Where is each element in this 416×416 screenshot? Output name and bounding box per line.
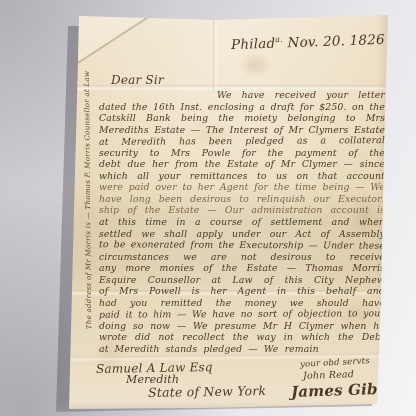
photo-background: Philada. Nov. 20. 1826 Dear Sir We have … — [0, 0, 416, 416]
handwritten-line: which all your remittances to us on that… — [99, 171, 385, 183]
handwritten-line: wrote did not recollect the way in which… — [99, 332, 385, 344]
handwritten-line: dated the 16th Inst. enclosing a draft f… — [99, 102, 385, 114]
dateline-place: Philad — [231, 36, 276, 54]
handwritten-line: paid it to him — We have no sort of obje… — [99, 309, 385, 322]
handwritten-line: any more monies of the Estate — Thomas M… — [99, 263, 385, 275]
marginal-note: The address of Mr Morris is — Thomas P. … — [81, 55, 96, 345]
handwritten-line: at Meredith has been pledged as a collat… — [99, 135, 385, 148]
handwritten-line: Esquire Counsellor at Law of this City N… — [99, 275, 385, 287]
dateline: Philada. Nov. 20. 1826 — [231, 31, 385, 53]
handwritten-line: security to Mrs Powle for the payment of… — [99, 148, 385, 160]
handwritten-line: settled we shall apply under our Act of … — [99, 229, 385, 241]
handwritten-line: doing so now — We presume Mr H Clymer wh… — [99, 321, 385, 333]
paper-stain — [238, 52, 272, 78]
handwritten-line: at Meredith stands pledged — We remain — [99, 344, 385, 356]
salutation: Dear Sir — [111, 73, 164, 87]
handwritten-line: We have received your letter — [99, 90, 385, 102]
signature-james-gibson: James Gibson — [291, 379, 408, 401]
handwritten-line: ship of the Estate — Our administration … — [99, 205, 385, 217]
handwritten-line: to be exonerated from the Executorship —… — [99, 239, 385, 252]
handwritten-line: Catskill Bank being the moiety belonging… — [99, 113, 385, 125]
fold-crease-vertical — [213, 15, 218, 91]
handwritten-line: debt due her from the Estate of Mr Clyme… — [99, 159, 385, 171]
address-state: State of New York — [148, 383, 266, 400]
handwritten-line: of Mrs Powell is her Agent in this behal… — [99, 286, 385, 298]
handwritten-line: have long been desirous to relinquish ou… — [99, 194, 385, 206]
signature-john-read: John Read — [303, 369, 354, 382]
handwritten-line: were paid over to her Agent for the time… — [99, 182, 385, 194]
letter-body: We have received your letterdated the 16… — [99, 90, 385, 356]
handwritten-line: at this time in a course of settlement a… — [99, 217, 385, 229]
handwritten-line: circumstances we are not desirous to rec… — [99, 252, 385, 264]
dateline-date: Nov. 20. 1826 — [283, 32, 385, 52]
